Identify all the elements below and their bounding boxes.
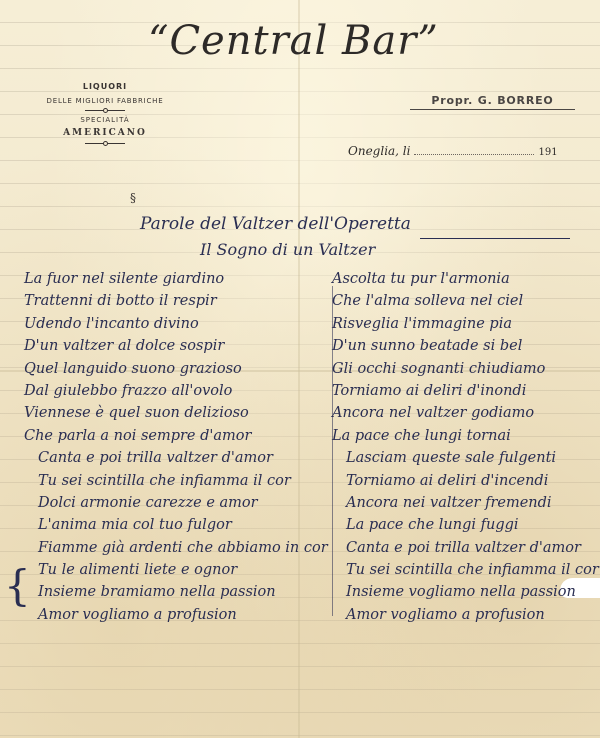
lyric-line: Dolci armonie carezze e amor [24,492,314,514]
lyric-line: Ancora nei valtzer fremendi [332,492,600,514]
lyric-line: Trattenni di botto il respir [24,290,314,312]
letterhead-liquori: LIQUORI [30,82,180,91]
lyric-line: D'un valtzer al dolce sospir [24,335,314,357]
title-underline [420,238,570,239]
lyric-line: Risveglia l'immagine pia [332,313,600,335]
lyric-line: Amor vogliamo a profusion [332,604,600,626]
letterhead-title: “Central Bar” [148,18,439,64]
song-title: Parole del Valtzer dell'Operetta [140,214,411,234]
lyric-line: Torniamo ai deliri d'incendi [332,470,600,492]
section-mark: § [130,191,136,205]
ornament-divider [85,110,125,111]
date-year: 191 [538,147,557,158]
lyric-line: Insieme bramiamo nella passion [24,581,314,603]
lyric-line: Fiamme già ardenti che abbiamo in cor [24,537,314,559]
letterhead-left-block: LIQUORI DELLE MIGLIORI FABBRICHE SPECIAL… [30,82,180,149]
lyrics-right-column: Ascolta tu pur l'armonia Che l'alma soll… [332,268,600,626]
letterhead-fabbriche: DELLE MIGLIORI FABBRICHE [30,97,180,105]
lyric-line: Canta e poi trilla valtzer d'amor [332,537,600,559]
lyric-line: Lasciam queste sale fulgenti [332,447,600,469]
lyric-line: D'un sunno beatade si bel [332,335,600,357]
lyric-line: Udendo l'incanto divino [24,313,314,335]
lyric-line: Che l'alma solleva nel ciel [332,290,600,312]
letterhead-proprietor: Propr. G. BORREO [410,94,575,110]
letter-sheet: “Central Bar” LIQUORI DELLE MIGLIORI FAB… [0,0,600,738]
lyric-line: Dal giulebbo frazzo all'ovolo [24,380,314,402]
lyric-line: Gli occhi sognanti chiudiamo [332,358,600,380]
lyric-line: Quel languido suono grazioso [24,358,314,380]
lyric-line: Tu sei scintilla che infiamma il cor [24,470,314,492]
lyric-line: Ancora nel valtzer godiamo [332,402,600,424]
letterhead-specialita: SPECIALITÀ [30,116,180,124]
lyric-line: Che parla a noi sempre d'amor [24,425,314,447]
date-blank-line [414,154,534,155]
lyric-line: Tu sei scintilla che infiamma il cor [332,559,600,581]
lyric-line: Ascolta tu pur l'armonia [332,268,600,290]
lyric-line: Tu le alimenti liete e ognor [24,559,314,581]
lyric-line: L'anima mia col tuo fulgor [24,514,314,536]
curly-brace-mark: { [4,565,31,607]
lyric-line: Viennese è quel suon delizioso [24,402,314,424]
letterhead-americano: AMERICANO [30,128,180,138]
lyric-line: Canta e poi trilla valtzer d'amor [24,447,314,469]
operetta-name: Il Sogno di un Valtzer [200,240,375,259]
lyric-line: La pace che lungi fuggi [332,514,600,536]
lyric-line: La pace che lungi tornai [332,425,600,447]
date-line: Oneglia, li191 [348,144,568,158]
lyric-line: Torniamo ai deliri d'inondi [332,380,600,402]
lyric-line: Insieme vogliamo nella passion [332,581,600,603]
lyric-line: La fuor nel silente giardino [24,268,314,290]
ornament-divider [85,143,125,144]
lyrics-left-column: La fuor nel silente giardino Trattenni d… [24,268,314,626]
date-place: Oneglia, li [348,144,410,158]
lyric-line: Amor vogliamo a profusion [24,604,314,626]
